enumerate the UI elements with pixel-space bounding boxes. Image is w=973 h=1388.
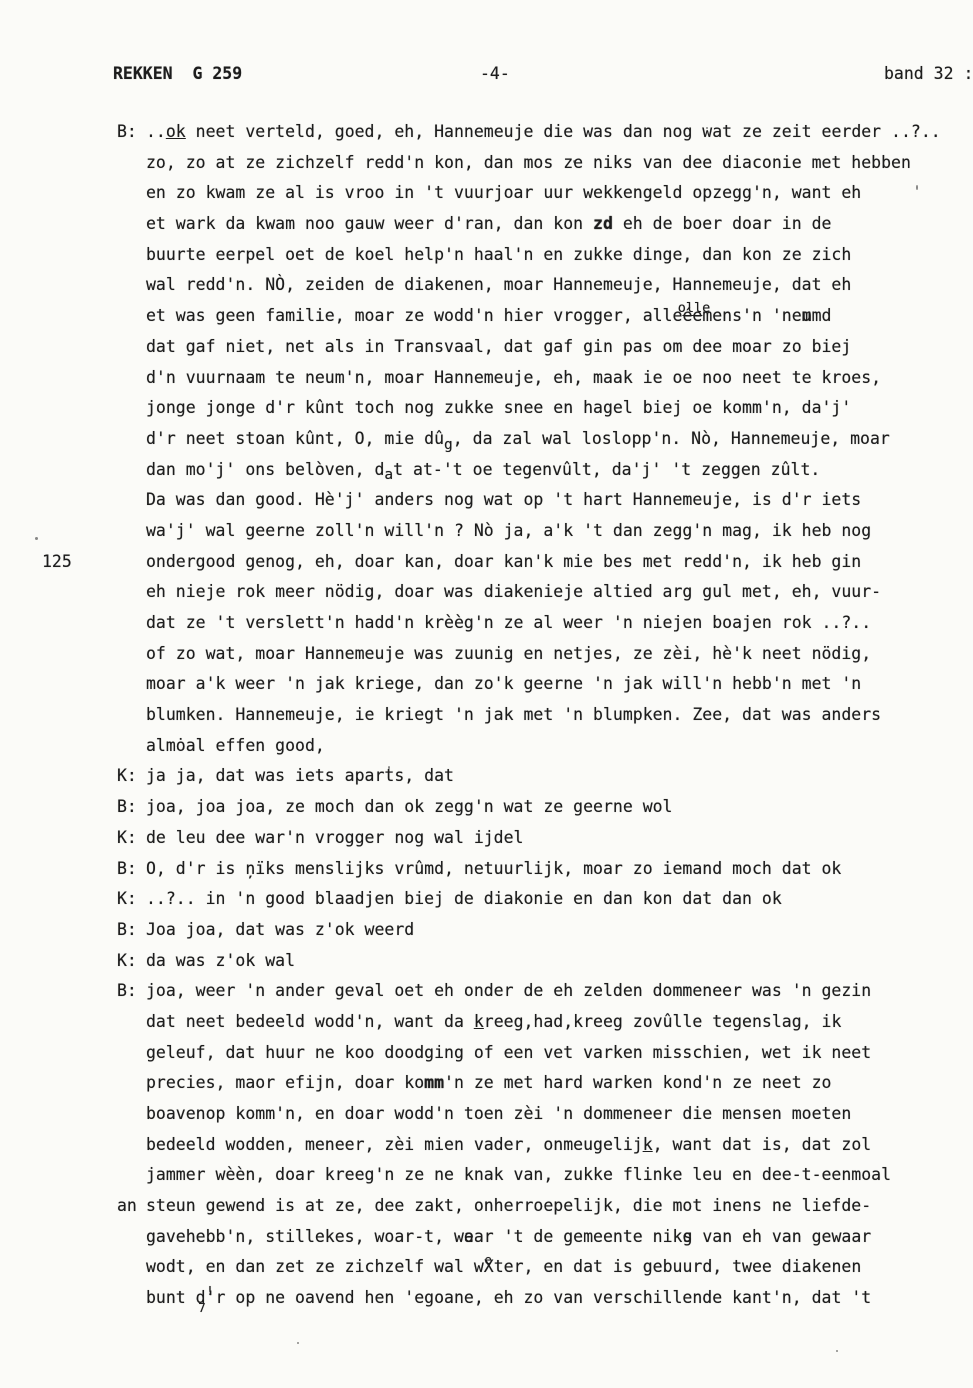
transcript-body: B: ..ok neet verteld, goed, eh, Hannemeu…	[0, 122, 973, 1319]
line-text: Da was dan good. Hè'j' anders nog wat op…	[146, 490, 861, 509]
line-text: dat ze 't verslett'n hadd'n krèèg'n ze a…	[146, 613, 871, 632]
transcript-line: an steun gewend is at ze, dee zakt, onhe…	[0, 1196, 973, 1227]
speaker-label: B:	[117, 122, 137, 141]
speaker-label: B:	[117, 859, 137, 878]
transcript-line: B: ..ok neet verteld, goed, eh, Hannemeu…	[0, 122, 973, 153]
line-text: geleuf, dat huur ne koo doodging of een …	[146, 1043, 871, 1062]
scan-speck	[297, 1342, 299, 1344]
line-text: steun gewend is at ze, dee zakt, onherro…	[146, 1196, 871, 1215]
transcript-line: d'n vuurnaam te neum'n, moar Hannemeuje,…	[0, 368, 973, 399]
transcript-line: K: de leu dee war'n vrogger nog wal ijde…	[0, 828, 973, 859]
transcript-line: Da was dan good. Hè'j' anders nog wat op…	[0, 490, 973, 521]
transcript-line: moar a'k weer 'n jak kriege, dan zo'k ge…	[0, 674, 973, 705]
transcript-line: of zo wat, moar Hannemeuje was zuunig en…	[0, 644, 973, 675]
line-text: wodt, en dan zet ze zichzelf wal wXeter,…	[146, 1257, 861, 1276]
line-text: en zo kwam ze al is vroo in 't vuurjoar …	[146, 183, 861, 202]
line-text: et was geen familie, moar ze wodd'n hier…	[146, 306, 831, 325]
line-text: moar a'k weer 'n jak kriege, dan zo'k ge…	[146, 674, 861, 693]
transcript-line: 125 ondergood genog, eh, doar kan, doar …	[0, 552, 973, 583]
line-text: bedeeld wodden, meneer, zèi mien vader, …	[146, 1135, 871, 1154]
line-text: dan mo'j' ons belòven, dat at-'t oe tege…	[146, 460, 820, 479]
line-text: Joa joa, dat was z'ok weerd	[146, 920, 414, 939]
transcript-line: bunt d'!7r op ne oavend hen 'egoane, eh …	[0, 1288, 973, 1319]
line-text: eh nieje rok meer nödig, doar was diaken…	[146, 582, 881, 601]
line-text: joa, weer 'n ander geval oet eh onder de…	[146, 981, 871, 1000]
speaker-label: K:	[117, 951, 137, 970]
margin-line-number: 125	[42, 552, 72, 571]
line-text: joa, joa joa, ze moch dan ok zegg'n wat …	[146, 797, 673, 816]
document-reference: REKKEN G 259	[113, 64, 242, 83]
line-text: d'n vuurnaam te neum'n, moar Hannemeuje,…	[146, 368, 881, 387]
line-text: ja ja, dat was iets aparts, dat	[146, 766, 454, 785]
transcript-line: d'r neet stoan kûnt, O, mie dûg, da zal …	[0, 429, 973, 460]
transcript-line: dat gaf niet, net als in Transvaal, dat …	[0, 337, 973, 368]
scan-speck	[573, 160, 576, 163]
transcript-line: jonge jonge d'r kûnt toch nog zukke snee…	[0, 398, 973, 429]
line-text: precies, maor efijn, doar komm'n ze met …	[146, 1073, 831, 1092]
scan-speck	[706, 127, 708, 129]
transcript-line: geleuf, dat huur ne koo doodging of een …	[0, 1043, 973, 1074]
scan-speck	[35, 537, 38, 540]
line-text: et wark da kwam noo gauw weer d'ran, dan…	[146, 214, 831, 233]
line-text: of zo wat, moar Hannemeuje was zuunig en…	[146, 644, 871, 663]
line-text: jonge jonge d'r kûnt toch nog zukke snee…	[146, 398, 851, 417]
transcript-line: eh nieje rok meer nödig, doar was diaken…	[0, 582, 973, 613]
transcript-line: wodt, en dan zet ze zichzelf wal wXeter,…	[0, 1257, 973, 1288]
scan-speck	[388, 766, 390, 769]
transcript-line: K: da was z'ok wal	[0, 951, 973, 982]
line-text: wal redd'n. NÒ, zeiden de diakenen, moar…	[146, 275, 851, 294]
speaker-label: B:	[117, 920, 137, 939]
transcript-line: K: ja ja, dat was iets aparts, dat	[0, 766, 973, 797]
speaker-label: B:	[117, 981, 137, 1000]
line-text: ..ok neet verteld, goed, eh, Hannemeuje …	[146, 122, 941, 141]
transcript-line: et was geen familie, moar ze wodd'n hier…	[0, 306, 973, 337]
line-text: dat gaf niet, net als in Transvaal, dat …	[146, 337, 851, 356]
transcript-line: dat neet bedeeld wodd'n, want da kreeg,h…	[0, 1012, 973, 1043]
transcript-line: B: joa, joa joa, ze moch dan ok zegg'n w…	[0, 797, 973, 828]
speaker-label: B:	[117, 797, 137, 816]
scan-speck	[836, 1350, 838, 1352]
transcript-line: dat ze 't verslett'n hadd'n krèèg'n ze a…	[0, 613, 973, 644]
line-text: buurte eerpel oet de koel help'n haal'n …	[146, 245, 851, 264]
line-text: wa'j' wal geerne zoll'n will'n ? Nò ja, …	[146, 521, 871, 540]
transcript-line: et wark da kwam noo gauw weer d'ran, dan…	[0, 214, 973, 245]
line-text: blumken. Hannemeuje, ie kriegt 'n jak me…	[146, 705, 881, 724]
transcript-line: buurte eerpel oet de koel help'n haal'n …	[0, 245, 973, 276]
transcript-line: en zo kwam ze al is vroo in 't vuurjoar …	[0, 183, 973, 214]
line-text: bunt d'!7r op ne oavend hen 'egoane, eh …	[146, 1288, 871, 1307]
speaker-label: K:	[117, 889, 137, 908]
line-text: boavenop komm'n, en doar wodd'n toen zèi…	[146, 1104, 851, 1123]
transcript-line: B: Joa joa, dat was z'ok weerd	[0, 920, 973, 951]
line-text: gavehebb'n, stillekes, woar-t, waear 't …	[146, 1227, 871, 1246]
line-text: ..?.. in 'n good blaadjen biej de diakon…	[146, 889, 782, 908]
transcript-line: K: ..?.. in 'n good blaadjen biej de dia…	[0, 889, 973, 920]
transcript-line: precies, maor efijn, doar komm'n ze met …	[0, 1073, 973, 1104]
transcript-line: almȯal effen good,	[0, 736, 973, 767]
transcript-line: B: O, d'r is ņïks menslijks vrûmd, netuu…	[0, 859, 973, 890]
line-text: d'r neet stoan kûnt, O, mie dûg, da zal …	[146, 429, 890, 448]
line-text: zo, zo at ze zichzelf redd'n kon, dan mo…	[146, 153, 911, 172]
scan-speck	[916, 185, 918, 190]
transcript-line: B: joa, weer 'n ander geval oet eh onder…	[0, 981, 973, 1012]
transcript-line: wal redd'n. NÒ, zeiden de diakenen, moar…	[0, 275, 973, 306]
page-number: -4-	[480, 64, 510, 83]
transcript-line: bedeeld wodden, meneer, zèi mien vader, …	[0, 1135, 973, 1166]
speaker-label: an	[117, 1196, 137, 1215]
transcript-line: zo, zo at ze zichzelf redd'n kon, dan mo…	[0, 153, 973, 184]
line-text: ondergood genog, eh, doar kan, doar kan'…	[146, 552, 861, 571]
transcript-line: jammer wèèn, doar kreeg'n ze ne knak van…	[0, 1165, 973, 1196]
line-text: da was z'ok wal	[146, 951, 295, 970]
speaker-label: K:	[117, 828, 137, 847]
transcript-line: blumken. Hannemeuje, ie kriegt 'n jak me…	[0, 705, 973, 736]
band-label: band 32 :	[884, 64, 973, 83]
transcript-line: wa'j' wal geerne zoll'n will'n ? Nò ja, …	[0, 521, 973, 552]
line-text: almȯal effen good,	[146, 736, 325, 755]
line-text: de leu dee war'n vrogger nog wal ijdel	[146, 828, 524, 847]
transcript-line: dan mo'j' ons belòven, dat at-'t oe tege…	[0, 460, 973, 491]
line-text: jammer wèèn, doar kreeg'n ze ne knak van…	[146, 1165, 891, 1184]
line-text: O, d'r is ņïks menslijks vrûmd, netuurli…	[146, 859, 841, 878]
line-text: dat neet bedeeld wodd'n, want da kreeg,h…	[146, 1012, 841, 1031]
transcript-line: boavenop komm'n, en doar wodd'n toen zèi…	[0, 1104, 973, 1135]
scanned-transcript-page: REKKEN G 259 -4- band 32 : B: ..ok neet …	[0, 0, 973, 1388]
speaker-label: K:	[117, 766, 137, 785]
